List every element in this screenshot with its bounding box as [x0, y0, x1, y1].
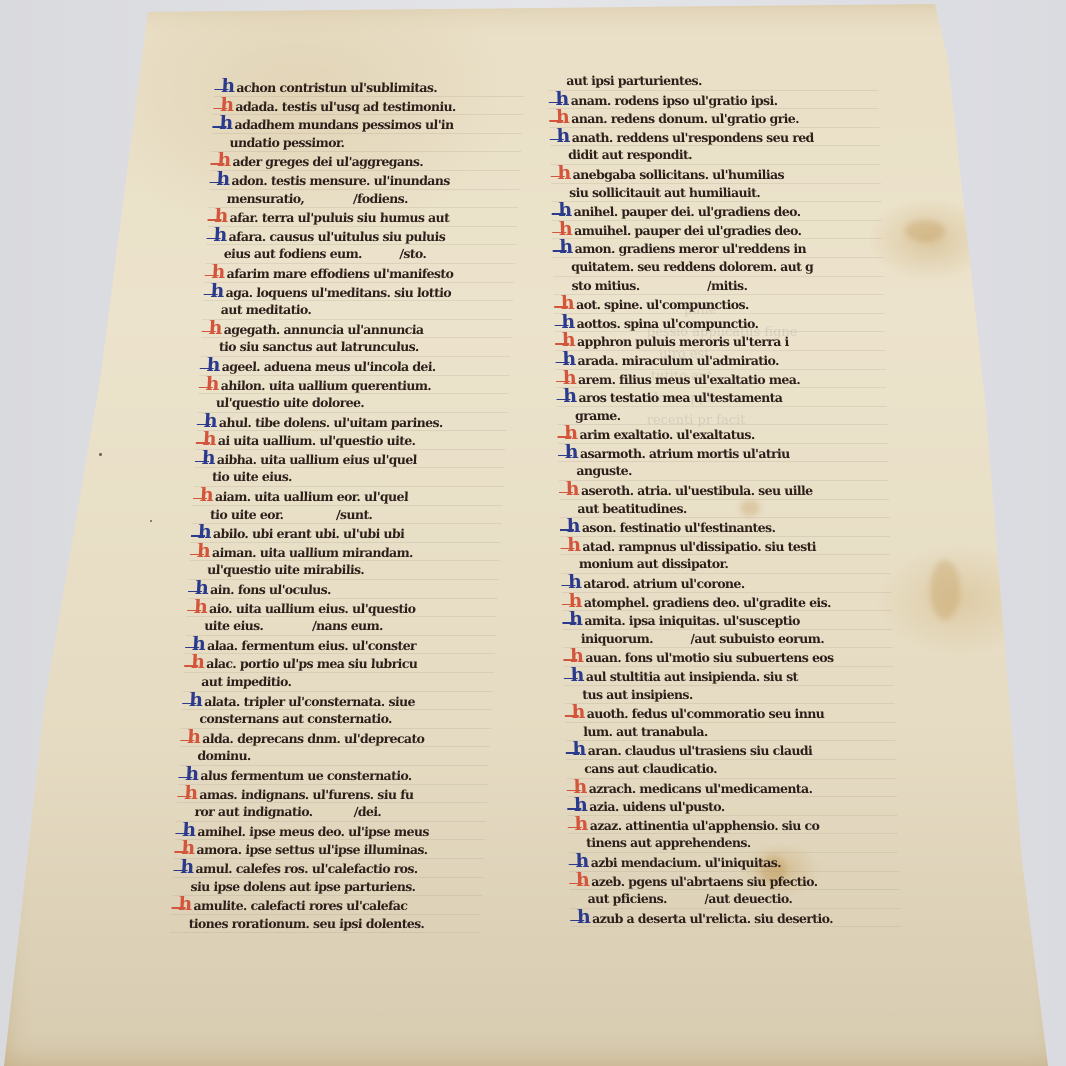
red-initial-h: h	[191, 599, 208, 617]
manuscript-line: hain. fons ul'oculus.	[188, 580, 499, 599]
blue-initial-h: h	[574, 909, 590, 927]
line-text: didit aut respondit.	[568, 147, 692, 162]
line-text: amon. gradiens meror ul'reddens in	[574, 241, 806, 256]
blue-initial-h: h	[192, 580, 209, 598]
red-initial-h: h	[200, 431, 217, 449]
line-text: alaa. fermentum eius. ul'conster	[207, 638, 417, 653]
blue-initial-h: h	[216, 115, 233, 133]
manuscript-line: haiam. uita uallium eor. ul'quel	[193, 487, 504, 506]
manuscript-line: harada. miraculum ul'admiratio.	[555, 351, 885, 370]
line-text: aibha. uita uallium eius ul'quel	[217, 452, 418, 467]
red-initial-h: h	[561, 425, 577, 443]
line-text: anath. reddens ul'respondens seu red	[572, 130, 814, 145]
blue-initial-h: h	[564, 518, 580, 536]
manuscript-line: tus aut insipiens.	[564, 686, 894, 705]
manuscript-line: tinens aut apprehendens.	[568, 834, 898, 853]
line-text: adon. testis mensure. ul'inundans	[231, 173, 450, 188]
manuscript-line: hadada. testis ul'usq ad testimoniu.	[213, 97, 524, 116]
line-text: eius aut fodiens eum. /sto.	[223, 246, 426, 261]
red-initial-h: h	[202, 376, 219, 394]
manuscript-line: hazrach. medicans ul'medicamenta.	[567, 779, 897, 798]
red-initial-h: h	[175, 896, 192, 914]
manuscript-line: hamas. indignans. ul'furens. siu fu	[177, 785, 488, 804]
red-initial-h: h	[569, 704, 585, 722]
line-text: cans aut claudicatio.	[584, 761, 717, 776]
manuscript-line: hanath. reddens ul'respondens seu red	[549, 128, 879, 147]
line-text: ader greges dei ul'aggregans.	[232, 154, 423, 169]
manuscript-line: siu sollicitauit aut humiliauit.	[551, 184, 881, 203]
red-initial-h: h	[214, 152, 231, 170]
line-text: amihel. ipse meus deo. ul'ipse meus	[197, 824, 429, 839]
manuscript-line: habilo. ubi erant ubi. ul'ubi ubi	[191, 524, 502, 543]
manuscript-line: hahilon. uita uallium querentium.	[198, 376, 509, 395]
line-text: aseroth. atria. ul'uestibula. seu uille	[581, 483, 813, 498]
manuscript-line: siu ipse dolens aut ipse parturiens.	[172, 878, 483, 897]
manuscript-line: hatarod. atrium ul'corone.	[561, 574, 891, 593]
manuscript-line: hason. festinatio ul'festinantes.	[560, 518, 890, 537]
manuscript-line: hamihel. ipse meus deo. ul'ipse meus	[175, 822, 486, 841]
blue-initial-h: h	[182, 766, 199, 784]
blue-initial-h: h	[203, 357, 220, 375]
line-text: arada. miraculum ul'admiratio.	[577, 353, 779, 368]
manuscript-line: harem. filius meus ul'exaltatio mea.	[556, 370, 886, 389]
manuscript-line: tio uite eius.	[194, 468, 505, 487]
manuscript-line: halaa. fermentum eius. ul'conster	[185, 636, 496, 655]
blue-initial-h: h	[570, 741, 586, 759]
blue-initial-h: h	[207, 283, 224, 301]
blue-initial-h: h	[218, 78, 235, 96]
red-initial-h: h	[197, 487, 214, 505]
manuscript-line: didit aut respondit.	[550, 146, 880, 165]
line-text: atomphel. gradiens deo. ul'gradite eis.	[584, 595, 831, 610]
line-text: monium aut dissipator.	[579, 556, 729, 571]
line-text: alda. deprecans dnm. ul'deprecato	[202, 731, 425, 746]
line-text: aros testatio mea ul'testamenta	[578, 390, 782, 405]
line-text: lum. aut tranabula.	[583, 724, 708, 739]
blue-initial-h: h	[555, 202, 571, 220]
stain	[930, 560, 960, 620]
line-text: tinens aut apprehendens.	[586, 835, 751, 850]
line-text: amita. ipsa iniquitas. ul'susceptio	[584, 613, 800, 628]
manuscript-line: uite eius. /nans eum.	[186, 617, 497, 636]
line-text: uite eius. /nans eum.	[204, 618, 384, 633]
red-initial-h: h	[567, 648, 583, 666]
manuscript-line: hazub a deserta ul'relicta. siu desertio…	[570, 909, 900, 928]
line-text: aul stultitia aut insipienda. siu st	[586, 669, 798, 684]
blue-initial-h: h	[562, 444, 578, 462]
manuscript-line: eius aut fodiens eum. /sto.	[205, 245, 516, 264]
manuscript-line: hanan. redens donum. ul'gratio grie.	[549, 109, 879, 128]
red-initial-h: h	[571, 816, 587, 834]
blue-initial-h: h	[565, 574, 581, 592]
line-text: alac. portio ul'ps mea siu lubricu	[206, 656, 418, 671]
manuscript-line: hafar. terra ul'puluis siu humus aut	[207, 208, 518, 227]
line-text: amulite. calefacti rores ul'calefac	[193, 898, 408, 913]
line-text: asarmoth. atrium mortis ul'atriu	[580, 446, 790, 461]
line-text: siu sollicitauit aut humiliauit.	[569, 185, 760, 200]
manuscript-line: tiones rorationum. seu ipsi dolentes.	[170, 915, 481, 934]
manuscript-line: hagegath. annuncia ul'annuncia	[201, 320, 512, 339]
manuscript-line: hahul. tibe dolens. ul'uitam parines.	[196, 413, 507, 432]
manuscript-line: hauan. fons ul'motio siu subuertens eos	[563, 648, 893, 667]
red-initial-h: h	[184, 729, 201, 747]
red-initial-h: h	[556, 221, 572, 239]
line-text: aot. spine. ul'compunctios.	[576, 297, 749, 312]
line-text: aga. loquens ul'meditans. siu lottio	[225, 285, 451, 300]
manuscript-line: tio uite eor. /sunt.	[192, 506, 503, 525]
red-initial-h: h	[194, 543, 211, 561]
line-text: arem. filius meus ul'exaltatio mea.	[578, 372, 800, 387]
red-initial-h: h	[188, 654, 205, 672]
manuscript-line: hatomphel. gradiens deo. ul'gradite eis.	[562, 593, 892, 612]
blue-initial-h: h	[568, 667, 584, 685]
manuscript-line: monium aut dissipator.	[561, 555, 891, 574]
manuscript-line: hader greges dei ul'aggregans.	[210, 152, 521, 171]
line-text: ul'questio uite mirabilis.	[207, 562, 365, 577]
manuscript-line: hazaz. attinentia ul'apphensio. siu co	[567, 816, 897, 835]
line-text: atad. rampnus ul'dissipatio. siu testi	[582, 539, 816, 554]
line-text: amul. calefes ros. ul'calefactio ros.	[195, 861, 418, 876]
red-initial-h: h	[553, 109, 569, 127]
line-text: azbi mendacium. ul'iniquitas.	[591, 855, 782, 870]
manuscript-line: haibha. uita uallium eius ul'quel	[195, 450, 506, 469]
manuscript-line: hanam. rodens ipso ul'gratio ipsi.	[548, 91, 878, 110]
red-initial-h: h	[178, 840, 195, 858]
line-text: dominu.	[197, 748, 251, 763]
manuscript-line: haul stultitia aut insipienda. siu st	[564, 667, 894, 686]
red-initial-h: h	[571, 779, 587, 797]
manuscript-line: harim exaltatio. ul'exaltatus.	[557, 425, 887, 444]
line-text: azrach. medicans ul'medicamenta.	[589, 781, 813, 796]
manuscript-line: cans aut claudicatio.	[566, 760, 896, 779]
manuscript-line: sto mitius. /mitis.	[553, 277, 883, 296]
manuscript-line: halda. deprecans dnm. ul'deprecato	[180, 729, 491, 748]
line-text: sto mitius. /mitis.	[571, 278, 747, 293]
line-text: alus fermentum ue consternatio.	[200, 768, 412, 783]
line-text: adadhem mundans pessimos ul'in	[234, 117, 454, 132]
right-text-column: aut ipsi parturientes.hanam. rodens ipso…	[548, 72, 900, 927]
line-text: aio. uita uallium eius. ul'questio	[209, 601, 416, 616]
manuscript-line: haseroth. atria. ul'uestibula. seu uille	[559, 481, 889, 500]
line-text: quitatem. seu reddens dolorem. aut g	[571, 259, 813, 274]
line-text: azaz. attinentia ul'apphensio. siu co	[590, 818, 820, 833]
manuscript-line: lum. aut tranabula.	[565, 723, 895, 742]
red-initial-h: h	[205, 320, 222, 338]
manuscript-line: haros testatio mea ul'testamenta	[556, 388, 886, 407]
blue-initial-h: h	[195, 524, 212, 542]
line-text: consternans aut consternatio.	[199, 711, 392, 726]
line-text: siu ipse dolens aut ipse parturiens.	[190, 879, 416, 894]
manuscript-line: haot. spine. ul'compunctios.	[554, 295, 884, 314]
manuscript-line: hanihel. pauper dei. ul'gradiens deo.	[551, 202, 881, 221]
red-initial-h: h	[563, 481, 579, 499]
manuscript-line: aut meditatio.	[202, 301, 513, 320]
manuscript-line: hadadhem mundans pessimos ul'in	[212, 115, 523, 134]
manuscript-line: mensuratio, /fodiens.	[208, 190, 519, 209]
line-text: achon contristun ul'sublimitas.	[236, 80, 438, 95]
speck	[99, 453, 102, 456]
manuscript-line: hamon. gradiens meror ul'reddens in	[552, 239, 882, 258]
red-initial-h: h	[217, 97, 234, 115]
manuscript-line: hasarmoth. atrium mortis ul'atriu	[558, 444, 888, 463]
manuscript-line: halus fermentum ue consternatio.	[178, 766, 489, 785]
line-text: ai uita uallium. ul'questio uite.	[218, 433, 416, 448]
line-text: amora. ipse settus ul'ipse illuminas.	[196, 842, 428, 857]
manuscript-line: consternans aut consternatio.	[181, 710, 492, 729]
line-text: aut ipsi parturientes.	[566, 73, 702, 88]
line-text: arim exaltatio. ul'exaltatus.	[579, 427, 755, 442]
manuscript-line: happhron puluis meroris ul'terra i	[555, 332, 885, 351]
blue-initial-h: h	[556, 239, 572, 257]
manuscript-line: iniquorum. /aut subuisto eorum.	[563, 630, 893, 649]
line-text: aiman. uita uallium mirandam.	[212, 545, 414, 560]
line-text: azub a deserta ul'relicta. siu desertio.	[592, 911, 833, 926]
manuscript-line: ror aut indignatio. /dei.	[176, 803, 487, 822]
blue-initial-h: h	[179, 822, 196, 840]
blue-initial-h: h	[177, 859, 194, 877]
line-text: ain. fons ul'oculus.	[210, 582, 332, 597]
line-text: atarod. atrium ul'corone.	[583, 576, 745, 591]
stain	[905, 220, 945, 242]
manuscript-line: halata. tripler ul'consternata. siue	[182, 692, 493, 711]
manuscript-line: haottos. spina ul'compunctio.	[554, 314, 884, 333]
line-text: aran. claudus ul'trasiens siu claudi	[588, 743, 813, 758]
line-text: ror aut indignatio. /dei.	[194, 804, 381, 819]
line-text: agegath. annuncia ul'annuncia	[223, 322, 423, 337]
blue-initial-h: h	[572, 853, 588, 871]
manuscript-line: ul'questio uite doloree.	[197, 394, 508, 413]
line-text: tiones rorationum. seu ipsi dolentes.	[188, 916, 425, 931]
red-initial-h: h	[559, 332, 575, 350]
line-text: auan. fons ul'motio siu subuertens eos	[585, 650, 834, 665]
line-text: ason. festinatio ul'festinantes.	[582, 520, 776, 535]
manuscript-line: halac. portio ul'ps mea siu lubricu	[184, 654, 495, 673]
manuscript-line: hafara. causus ul'uitulus siu puluis	[206, 227, 517, 246]
manuscript-line: haio. uita uallium eius. ul'questio	[187, 599, 498, 618]
manuscript-line: aut pficiens. /aut deuectio.	[569, 890, 899, 909]
manuscript-line: hachon contristun ul'sublimitas.	[214, 78, 525, 97]
red-initial-h: h	[573, 872, 589, 890]
line-text: iniquorum. /aut subuisto eorum.	[581, 631, 825, 646]
line-text: ul'questio uite doloree.	[216, 395, 365, 410]
manuscript-line: aut ipsi parturientes.	[548, 72, 878, 91]
line-text: alata. tripler ul'consternata. siue	[204, 694, 415, 709]
line-text: aut beatitudines.	[577, 501, 687, 516]
line-text: amuihel. pauper dei ul'gradies deo.	[574, 223, 801, 238]
manuscript-line: hamora. ipse settus ul'ipse illuminas.	[174, 840, 485, 859]
red-initial-h: h	[208, 264, 225, 282]
manuscript-line: hamul. calefes ros. ul'calefactio ros.	[173, 859, 484, 878]
blue-initial-h: h	[186, 692, 203, 710]
line-text: aut impeditio.	[201, 674, 292, 689]
manuscript-line: hai uita uallium. ul'questio uite.	[196, 431, 507, 450]
line-text: anguste.	[576, 463, 632, 478]
line-text: tio uite eius.	[212, 469, 293, 484]
line-text: anihel. pauper dei. ul'gradiens deo.	[573, 204, 800, 219]
manuscript-line: hauoth. fedus ul'commoratio seu innu	[565, 704, 895, 723]
line-text: undatio pessimor.	[229, 135, 345, 150]
line-text: afara. causus ul'uitulus siu puluis	[228, 229, 445, 244]
manuscript-line: anguste.	[558, 462, 888, 481]
blue-initial-h: h	[566, 611, 582, 629]
line-text: tio uite eor. /sunt.	[210, 507, 373, 522]
line-text: anam. rodens ipso ul'gratio ipsi.	[571, 93, 778, 108]
blue-initial-h: h	[189, 636, 206, 654]
line-text: ahilon. uita uallium querentium.	[221, 378, 432, 393]
line-text: azeb. pgens ul'abrtaens siu pfectio.	[591, 874, 818, 889]
line-text: ageel. aduena meus ul'incola dei.	[221, 359, 436, 374]
line-text: azia. uidens ul'pusto.	[589, 799, 725, 814]
manuscript-line: haran. claudus ul'trasiens siu claudi	[566, 741, 896, 760]
line-text: anan. redens donum. ul'gratio grie.	[571, 111, 799, 126]
line-text: afarim mare effodiens ul'manifesto	[226, 266, 453, 281]
red-initial-h: h	[564, 537, 580, 555]
blue-initial-h: h	[558, 314, 574, 332]
blue-initial-h: h	[571, 797, 587, 815]
manuscript-line: aut beatitudines.	[559, 500, 889, 519]
line-text: anebgaba sollicitans. ul'humilias	[572, 167, 784, 182]
line-text: amas. indignans. ul'furens. siu fu	[199, 787, 414, 802]
manuscript-line: hazeb. pgens ul'abrtaens siu pfectio.	[569, 872, 899, 891]
line-text: aut meditatio.	[220, 302, 311, 317]
manuscript-line: quitatem. seu reddens dolorem. aut g	[553, 258, 883, 277]
blue-initial-h: h	[201, 413, 218, 431]
red-initial-h: h	[558, 295, 574, 313]
manuscript-line: hamita. ipsa iniquitas. ul'susceptio	[562, 611, 892, 630]
manuscript-line: hamulite. calefacti rores ul'calefac	[171, 896, 482, 915]
red-initial-h: h	[211, 208, 228, 226]
manuscript-line: hafarim mare effodiens ul'manifesto	[204, 264, 515, 283]
line-text: apphron puluis meroris ul'terra i	[577, 334, 789, 349]
left-text-column: hachon contristun ul'sublimitas.hadada. …	[170, 78, 525, 933]
line-text: afar. terra ul'puluis siu humus aut	[229, 210, 449, 225]
line-text: grame.	[575, 408, 621, 423]
line-text: ahul. tibe dolens. ul'uitam parines.	[219, 415, 444, 430]
line-text: mensuratio, /fodiens.	[226, 191, 408, 206]
manuscript-line: hanebgaba sollicitans. ul'humilias	[550, 165, 880, 184]
manuscript-line: hageel. aduena meus ul'incola dei.	[199, 357, 510, 376]
blue-initial-h: h	[553, 128, 569, 146]
line-text: tus aut insipiens.	[582, 687, 693, 702]
line-text: auoth. fedus ul'commoratio seu innu	[587, 706, 825, 721]
red-initial-h: h	[181, 785, 198, 803]
blue-initial-h: h	[560, 388, 576, 406]
blue-initial-h: h	[559, 351, 575, 369]
manuscript-line: haiman. uita uallium mirandam.	[190, 543, 501, 562]
line-text: abilo. ubi erant ubi. ul'ubi ubi	[213, 526, 405, 541]
manuscript-line: haga. loquens ul'meditans. siu lottio	[203, 283, 514, 302]
red-initial-h: h	[560, 370, 576, 388]
blue-initial-h: h	[552, 91, 568, 109]
manuscript-line: tio siu sanctus aut latrunculus.	[200, 338, 511, 357]
manuscript-line: ul'questio uite mirabilis.	[189, 561, 500, 580]
line-text: adada. testis ul'usq ad testimoniu.	[235, 99, 456, 114]
line-text: aottos. spina ul'compunctio.	[576, 316, 758, 331]
manuscript-line: hadon. testis mensure. ul'inundans	[209, 171, 520, 190]
manuscript-line: hamuihel. pauper dei ul'gradies deo.	[552, 221, 882, 240]
red-initial-h: h	[554, 165, 570, 183]
line-text: tio siu sanctus aut latrunculus.	[219, 339, 420, 354]
line-text: aiam. uita uallium eor. ul'quel	[215, 489, 409, 504]
manuscript-line: aut impeditio.	[183, 673, 494, 692]
manuscript-line: hatad. rampnus ul'dissipatio. siu testi	[560, 537, 890, 556]
manuscript-line: hazia. uidens ul'pusto.	[567, 797, 897, 816]
blue-initial-h: h	[199, 450, 216, 468]
manuscript-line: hazbi mendacium. ul'iniquitas.	[568, 853, 898, 872]
manuscript-leaf	[0, 0, 1066, 1066]
manuscript-line: grame.	[557, 407, 887, 426]
manuscript-line: undatio pessimor.	[211, 134, 522, 153]
line-text: aut pficiens. /aut deuectio.	[587, 891, 792, 906]
blue-initial-h: h	[210, 227, 227, 245]
red-initial-h: h	[566, 593, 582, 611]
blue-initial-h: h	[213, 171, 230, 189]
manuscript-line: dominu.	[179, 747, 490, 766]
speck	[150, 520, 152, 522]
